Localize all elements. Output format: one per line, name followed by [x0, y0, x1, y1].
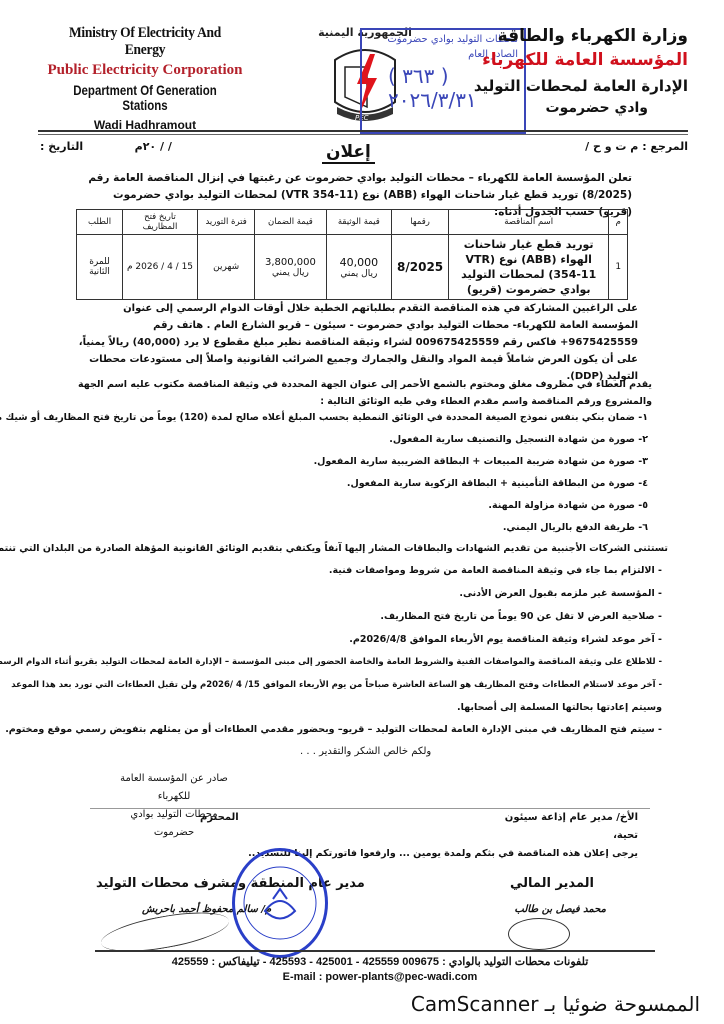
date-label: التاريخ :: [40, 140, 83, 153]
financial-manager-title: المدير المالي: [510, 876, 594, 891]
footer-email: E-mail : power-plants@pec-wadi.com: [80, 971, 680, 983]
list-item: - للاطلاع على وثيقة المناقصة والمواصفات …: [0, 657, 662, 667]
addressee: الأخ/ مدير عام إذاعة سيئون: [505, 812, 638, 823]
cell-document-value: 40,000ريال يمني: [326, 235, 392, 300]
tender-table: م اسم المناقصة رقمها قيمة الوثيقة قيمة ا…: [76, 209, 628, 300]
arabic-letterhead: وزارة الكهرباء والطاقة المؤسسة العامة لل…: [438, 26, 688, 117]
table-row: 1 توريد قطع غيار شاحنات الهواء (ABB) نوع…: [77, 235, 628, 300]
section-divider: [90, 808, 650, 809]
list-item: ٦- طريقة الدفع بالريال اليمني.: [503, 522, 648, 533]
closing-text: ولكم خالص الشكر والتقدير . . .: [300, 746, 431, 757]
english-letterhead: Ministry Of Electricity And Energy Publi…: [40, 25, 250, 132]
camscanner-watermark: الممسوحة ضوئيا بـ CamScanner: [411, 992, 700, 1016]
col-document-value: قيمة الوثيقة: [326, 210, 392, 235]
col-index: م: [609, 210, 628, 235]
list-item: وسيتم إعادتها بحالتها المسلمة إلى أصحابه…: [457, 702, 662, 713]
financial-manager-name: محمد فيصل بن طالب: [514, 904, 606, 915]
list-item: - آخر موعد لاستلام العطاءات وفتح المظاري…: [11, 680, 662, 690]
corporation-name-ar: المؤسسة العامة للكهرباء: [438, 50, 688, 70]
honorific: المحترم: [200, 812, 239, 823]
footer-phones: تلفونات محطات التوليد بالوادي : 009675 4…: [80, 955, 680, 968]
issuer-block: صادر عن المؤسسة العامة للكهرباء محطات ال…: [114, 770, 234, 842]
header-rule: [38, 130, 688, 135]
list-item: - آخر موعد لشراء وثيقة المناقصة يوم الأر…: [349, 634, 662, 645]
cell-tender-name: توريد قطع غيار شاحنات الهواء (ABB) نوع (…: [448, 235, 608, 300]
cell-request: للمرة الثانية: [77, 235, 123, 300]
col-supply-period: فترة التوريد: [197, 210, 254, 235]
col-tender-name: اسم المناقصة: [448, 210, 608, 235]
ministry-name-en: Ministry Of Electricity And Energy: [51, 25, 240, 59]
department-name-en: Department Of Generation Stations: [56, 83, 235, 113]
reference-number: المرجع : م ت و ح /: [585, 140, 688, 153]
official-seal: [232, 848, 328, 958]
list-item: ٢- صورة من شهادة التسجيل والتصنيف سارية …: [389, 434, 648, 445]
list-item: ٤- صورة من البطاقة التأمينية + البطاقة ا…: [347, 478, 648, 489]
list-item: - الالتزام بما جاء في وثيقة المناقصة الع…: [329, 565, 662, 576]
col-tender-number: رقمها: [392, 210, 449, 235]
cell-tender-number: 8/2025: [392, 235, 449, 300]
cell-opening-date: 15 / 4 / 2026 م: [123, 235, 198, 300]
footer-rule: [95, 950, 655, 952]
table-header-row: م اسم المناقصة رقمها قيمة الوثيقة قيمة ا…: [77, 210, 628, 235]
col-guarantee-value: قيمة الضمان: [255, 210, 326, 235]
list-item: ٣- صورة من شهادة ضريبة المبيعات + البطاق…: [314, 456, 648, 467]
list-item: ٥- صورة من شهادة مزاولة المهنة.: [488, 500, 648, 511]
cell-supply-period: شهرين: [197, 235, 254, 300]
greeting: تحية،: [613, 830, 638, 841]
date-value: / / ٢٠م: [135, 140, 172, 153]
letter-date: / / ٢٠م التاريخ :: [40, 140, 172, 153]
ministry-name-ar: وزارة الكهرباء والطاقة: [438, 26, 688, 46]
list-item: - المؤسسة غير ملزمه بقبول العرض الأدنى.: [459, 588, 662, 599]
region-name-ar: وادي حضرموت: [438, 100, 688, 117]
announcement-title: إعلان: [322, 142, 375, 164]
corporation-name-en: Public Electricity Corporation: [40, 62, 250, 79]
department-name-ar: الإدارة العامة لمحطات التوليد: [438, 77, 688, 95]
col-request: الطلب: [77, 210, 123, 235]
cell-index: 1: [609, 235, 628, 300]
issuer-line1: صادر عن المؤسسة العامة للكهرباء: [114, 770, 234, 806]
foreign-companies-note: تستثنى الشركات الأجنبية من تقديم الشهادا…: [0, 543, 668, 554]
footer-contacts: تلفونات محطات التوليد بالوادي : 009675 4…: [80, 955, 680, 983]
list-item: ١- ضمان بنكي بنفس نموذج الصيغة المحددة ف…: [0, 412, 648, 423]
list-item: - سيتم فتح المظاريف في مبنى الإدارة العا…: [5, 724, 662, 735]
submission-note: يقدم العطاء في مظروف مغلق ومختوم بالشمع …: [78, 376, 652, 410]
list-item: - صلاحية العرض لا تقل عن 90 يوماً من تار…: [380, 611, 662, 622]
signature-scribble: [508, 918, 570, 950]
cell-guarantee-value: 3,800,000ريال يمني: [255, 235, 326, 300]
body-paragraph: على الراغبين المشاركة في هذه المناقصة ال…: [78, 300, 638, 385]
col-opening-date: تاريخ فتح المظاريف: [123, 210, 198, 235]
